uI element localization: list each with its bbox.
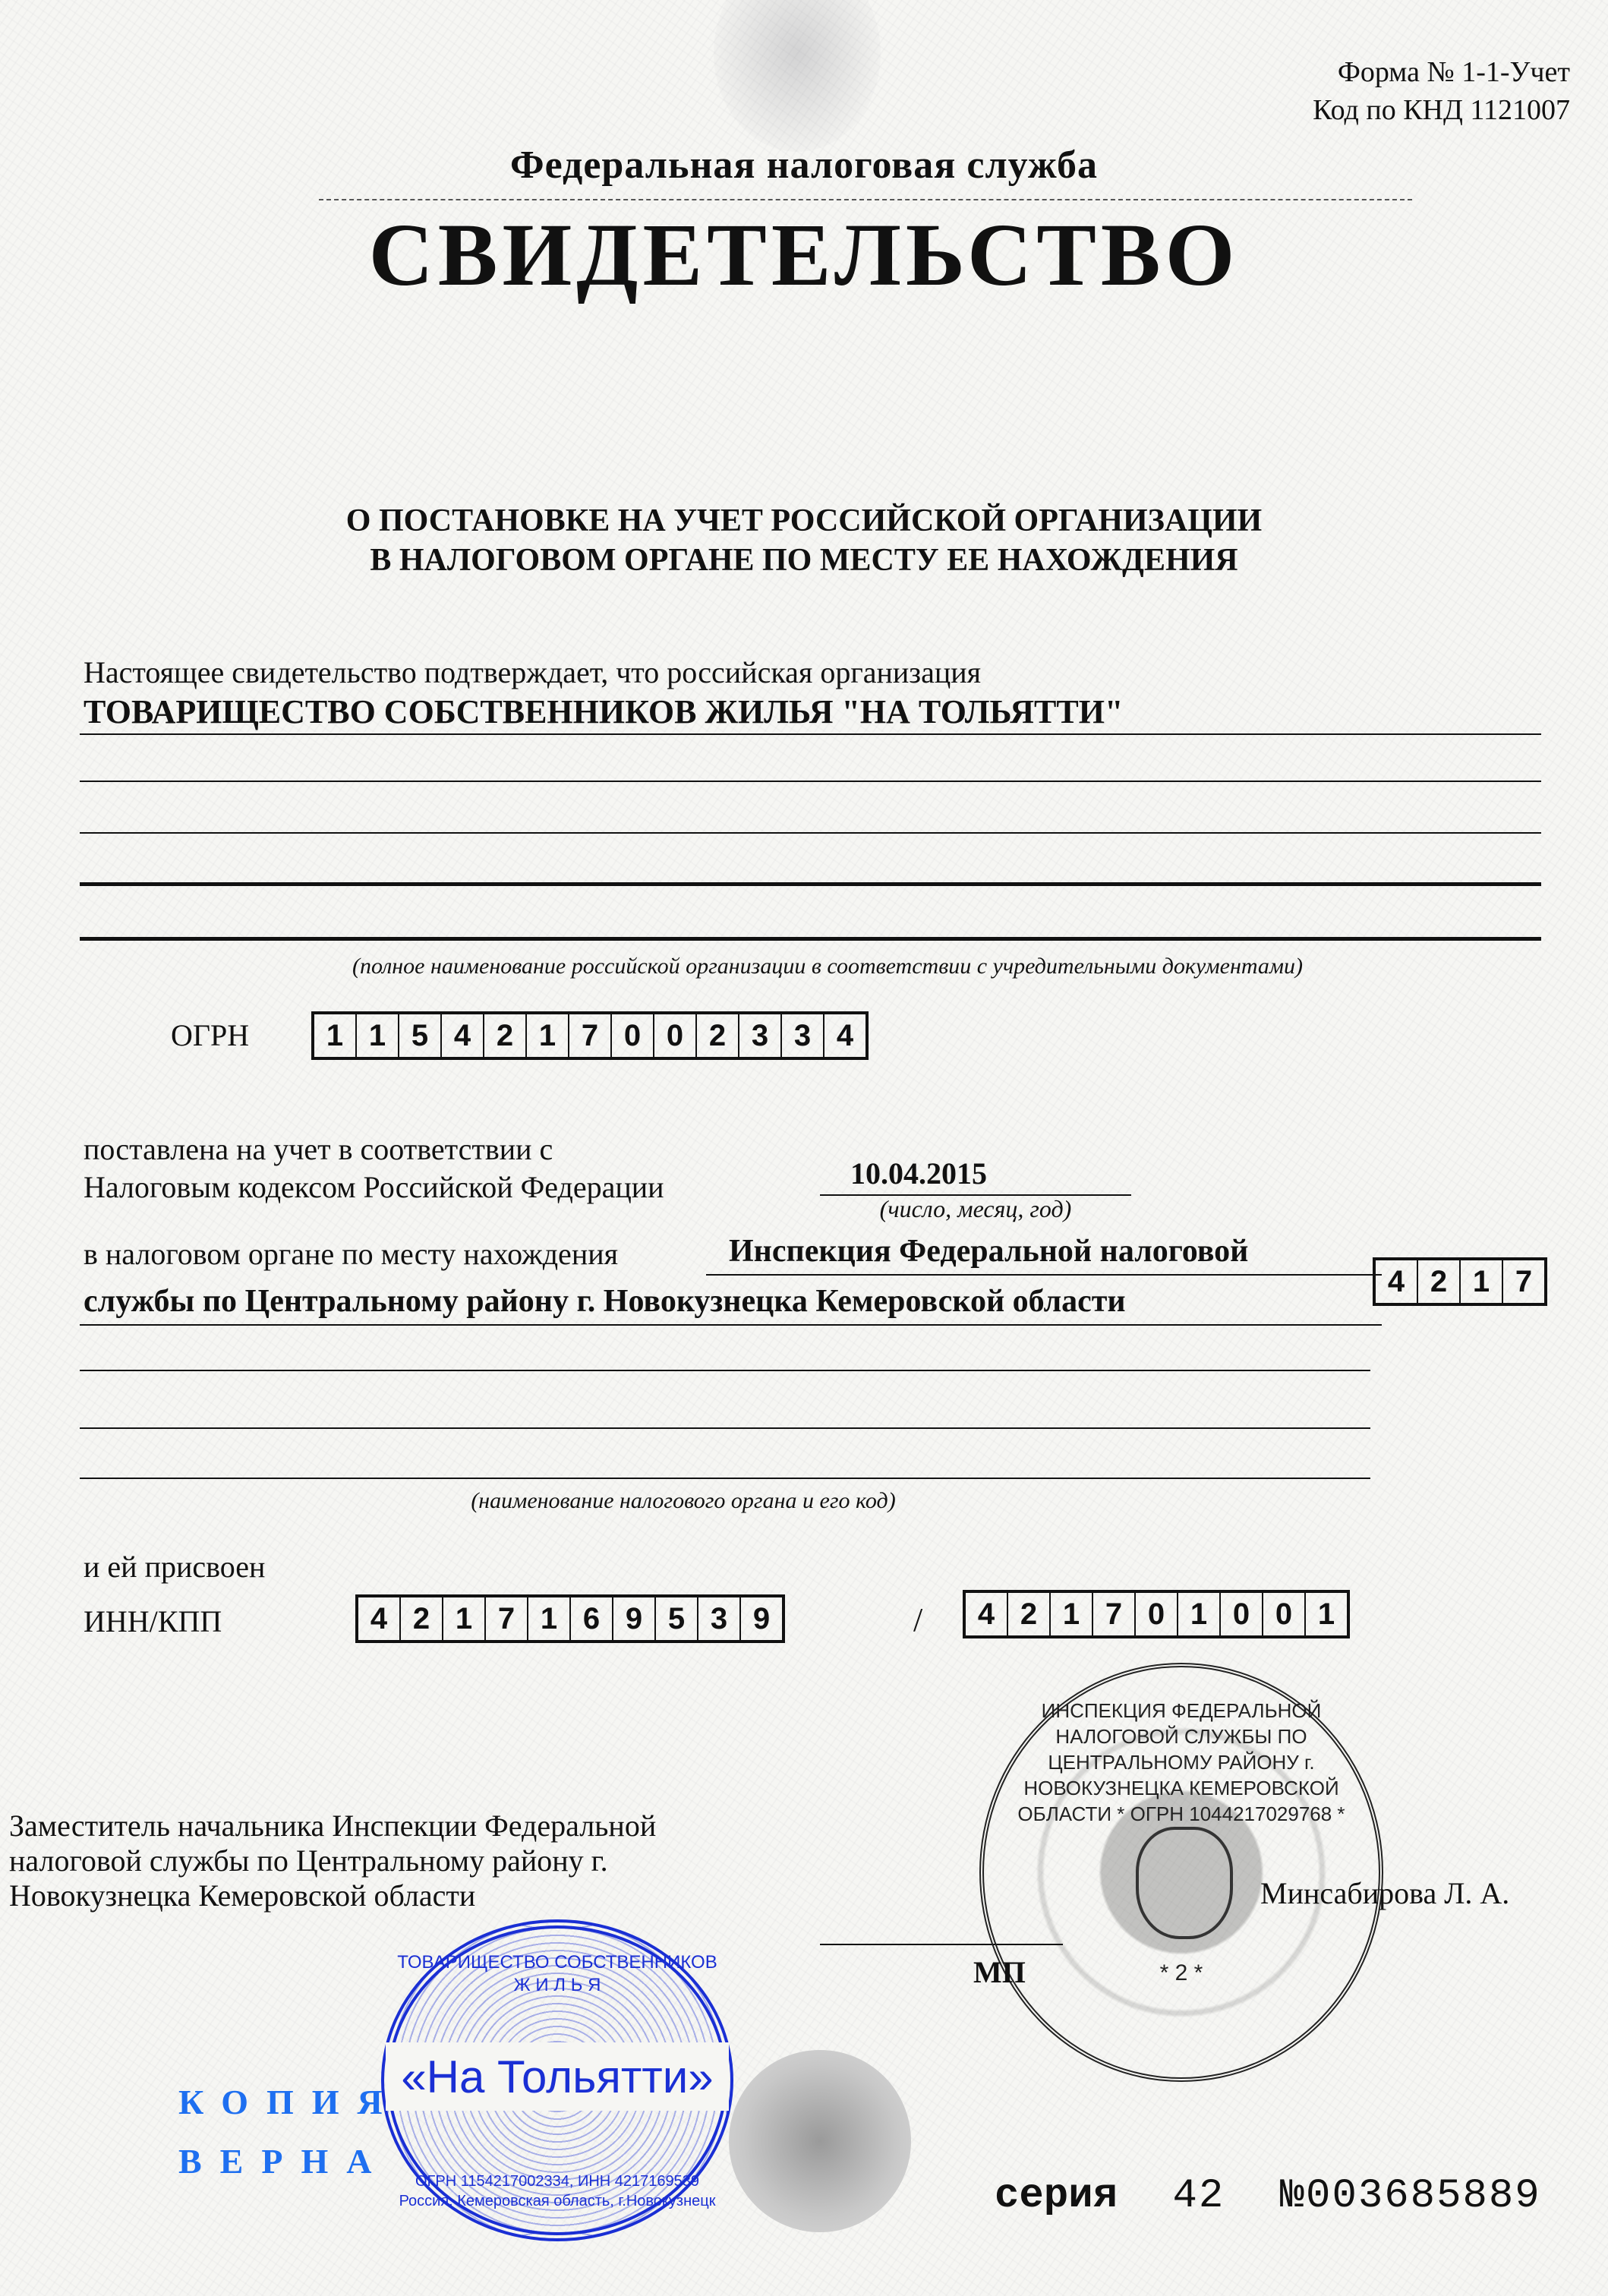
copy-certified-line-1: КОПИЯ (178, 2073, 401, 2132)
tax-authority-code: 4 2 1 7 (1373, 1257, 1547, 1306)
kpp-digit: 7 (1092, 1593, 1134, 1635)
inn-digit: 4 (358, 1597, 399, 1640)
registration-date: 10.04.2015 (850, 1156, 987, 1191)
registration-line-1: поставлена на учет в соответствии с (84, 1131, 553, 1167)
subtitle-line-2: В НАЛОГОВОМ ОРГАНЕ ПО МЕСТУ ЕЕ НАХОЖДЕНИ… (0, 541, 1608, 580)
inn-digit: 9 (739, 1597, 782, 1640)
tax-authority-name-1: Инспекция Федеральной налоговой (729, 1233, 1248, 1269)
series-label: серия (995, 2173, 1118, 2219)
signatory-name: Минсабирова Л. А. (1260, 1875, 1509, 1911)
authority-code-digit: 4 (1376, 1260, 1417, 1303)
series-value: 42 (1172, 2173, 1225, 2219)
form-meta: Форма № 1-1-Учет Код по КНД 1121007 (1313, 53, 1570, 129)
organization-name-caption: (полное наименование российской организа… (251, 954, 1405, 979)
knd-code: Код по КНД 1121007 (1313, 91, 1570, 129)
double-headed-eagle-icon (1136, 1827, 1233, 1939)
form-number: Форма № 1-1-Учет (1313, 53, 1570, 91)
copy-certified-stamp: КОПИЯ ВЕРНА (178, 2073, 401, 2191)
emblem-watermark (714, 0, 881, 152)
kpp-digit: 0 (1219, 1593, 1262, 1635)
authority-code-digit: 7 (1502, 1260, 1544, 1303)
authority-code-digit: 1 (1459, 1260, 1502, 1303)
registration-line-2: Налоговым кодексом Российской Федерации (84, 1169, 664, 1205)
ogrn-label: ОГРН (171, 1017, 249, 1053)
tax-stamp-number: * 2 * (984, 1960, 1379, 1986)
tax-stamp-text: ИНСПЕКЦИЯ ФЕДЕРАЛЬНОЙ НАЛОГОВОЙ СЛУЖБЫ П… (1007, 1698, 1356, 1827)
tax-authority-caption: (наименование налогового органа и его ко… (395, 1488, 972, 1514)
kpp-digit: 2 (1007, 1593, 1049, 1635)
organization-intro: Настоящее свидетельство подтверждает, чт… (84, 654, 981, 690)
authority-line-4 (80, 1427, 1370, 1429)
agency-name: Федеральная налоговая служба (0, 143, 1608, 188)
inn-kpp-separator: / (913, 1601, 922, 1639)
kpp-digit: 0 (1134, 1593, 1177, 1635)
kpp-digit: 0 (1262, 1593, 1304, 1635)
signatory-position: Заместитель начальника Инспекции Федерал… (9, 1809, 656, 1913)
inn-digit: 1 (442, 1597, 484, 1640)
authority-line-1 (706, 1274, 1382, 1276)
assigned-intro: и ей присвоен (84, 1549, 265, 1585)
org-stamp-top-text: ТОВАРИЩЕСТВО СОБСТВЕННИКОВ Ж И Л Ь Я (390, 1951, 724, 1997)
tax-authority-intro: в налоговом органе по месту нахождения (84, 1236, 618, 1272)
name-line-1 (80, 733, 1541, 735)
kpp-digit: 1 (1304, 1593, 1347, 1635)
ogrn-digit: 3 (780, 1014, 823, 1057)
ogrn-digit: 5 (398, 1014, 440, 1057)
document-title: СВИДЕТЕЛЬСТВО (0, 203, 1608, 307)
ogrn-digit: 1 (355, 1014, 398, 1057)
document-subtitle: О ПОСТАНОВКЕ НА УЧЕТ РОССИЙСКОЙ ОРГАНИЗА… (0, 501, 1608, 580)
name-line-5 (80, 937, 1541, 941)
ogrn-digit: 2 (695, 1014, 738, 1057)
signatory-position-line-1: Заместитель начальника Инспекции Федерал… (9, 1809, 656, 1843)
ogrn-digit: 4 (440, 1014, 483, 1057)
inn-digit: 1 (527, 1597, 569, 1640)
tax-authority-name-2: службы по Центральному району г. Новокуз… (84, 1283, 1126, 1320)
name-line-3 (80, 832, 1541, 834)
ogrn-digit: 1 (314, 1014, 355, 1057)
subtitle-line-1: О ПОСТАНОВКЕ НА УЧЕТ РОССИЙСКОЙ ОРГАНИЗА… (0, 501, 1608, 541)
inn-digit: 2 (399, 1597, 442, 1640)
signatory-position-line-3: Новокузнецка Кемеровской области (9, 1878, 656, 1913)
agency-divider (319, 199, 1412, 200)
ogrn-digit: 3 (738, 1014, 780, 1057)
org-stamp-center-text: «На Тольятти» (386, 2042, 729, 2111)
kpp-digits: 4 2 1 7 0 1 0 0 1 (963, 1590, 1350, 1638)
signatory-position-line-2: налоговой службы по Центральному району … (9, 1843, 656, 1878)
date-caption: (число, месяц, год) (820, 1195, 1131, 1223)
authority-line-2 (80, 1324, 1382, 1326)
ogrn-digit: 0 (610, 1014, 653, 1057)
document-number: №003685889 (1280, 2173, 1541, 2219)
inn-digit: 5 (654, 1597, 697, 1640)
copy-certified-line-2: ВЕРНА (178, 2132, 401, 2191)
serial-number: серия 42 №003685889 (995, 2173, 1541, 2219)
ogrn-digit: 4 (823, 1014, 865, 1057)
name-line-4 (80, 882, 1541, 886)
ogrn-digit: 2 (483, 1014, 525, 1057)
kpp-digit: 1 (1177, 1593, 1219, 1635)
mp-label: МП (973, 1954, 1026, 1990)
ogrn-digit: 1 (525, 1014, 568, 1057)
authority-code-digit: 2 (1417, 1260, 1459, 1303)
organization-stamp: ТОВАРИЩЕСТВО СОБСТВЕННИКОВ Ж И Л Ь Я «На… (381, 1919, 733, 2241)
kpp-digit: 4 (966, 1593, 1007, 1635)
authority-line-5 (80, 1478, 1370, 1479)
hologram-sticker (729, 2050, 911, 2232)
org-stamp-bottom-text: ОГРН 1154217002334, ИНН 4217169539 Росси… (390, 2171, 724, 2211)
inn-digit: 6 (569, 1597, 612, 1640)
inn-kpp-label: ИНН/КПП (84, 1604, 222, 1639)
organization-name: ТОВАРИЩЕСТВО СОБСТВЕННИКОВ ЖИЛЬЯ "НА ТОЛ… (84, 692, 1123, 731)
inn-digit: 9 (612, 1597, 654, 1640)
inn-digit: 3 (697, 1597, 739, 1640)
ogrn-digit: 7 (568, 1014, 610, 1057)
authority-line-3 (80, 1370, 1370, 1371)
tax-office-stamp: ИНСПЕКЦИЯ ФЕДЕРАЛЬНОЙ НАЛОГОВОЙ СЛУЖБЫ П… (979, 1663, 1383, 2082)
inn-digit: 7 (484, 1597, 527, 1640)
name-line-2 (80, 781, 1541, 782)
ogrn-digits: 1 1 5 4 2 1 7 0 0 2 3 3 4 (311, 1011, 869, 1060)
kpp-digit: 1 (1049, 1593, 1092, 1635)
inn-digits: 4 2 1 7 1 6 9 5 3 9 (355, 1594, 785, 1643)
ogrn-digit: 0 (653, 1014, 695, 1057)
